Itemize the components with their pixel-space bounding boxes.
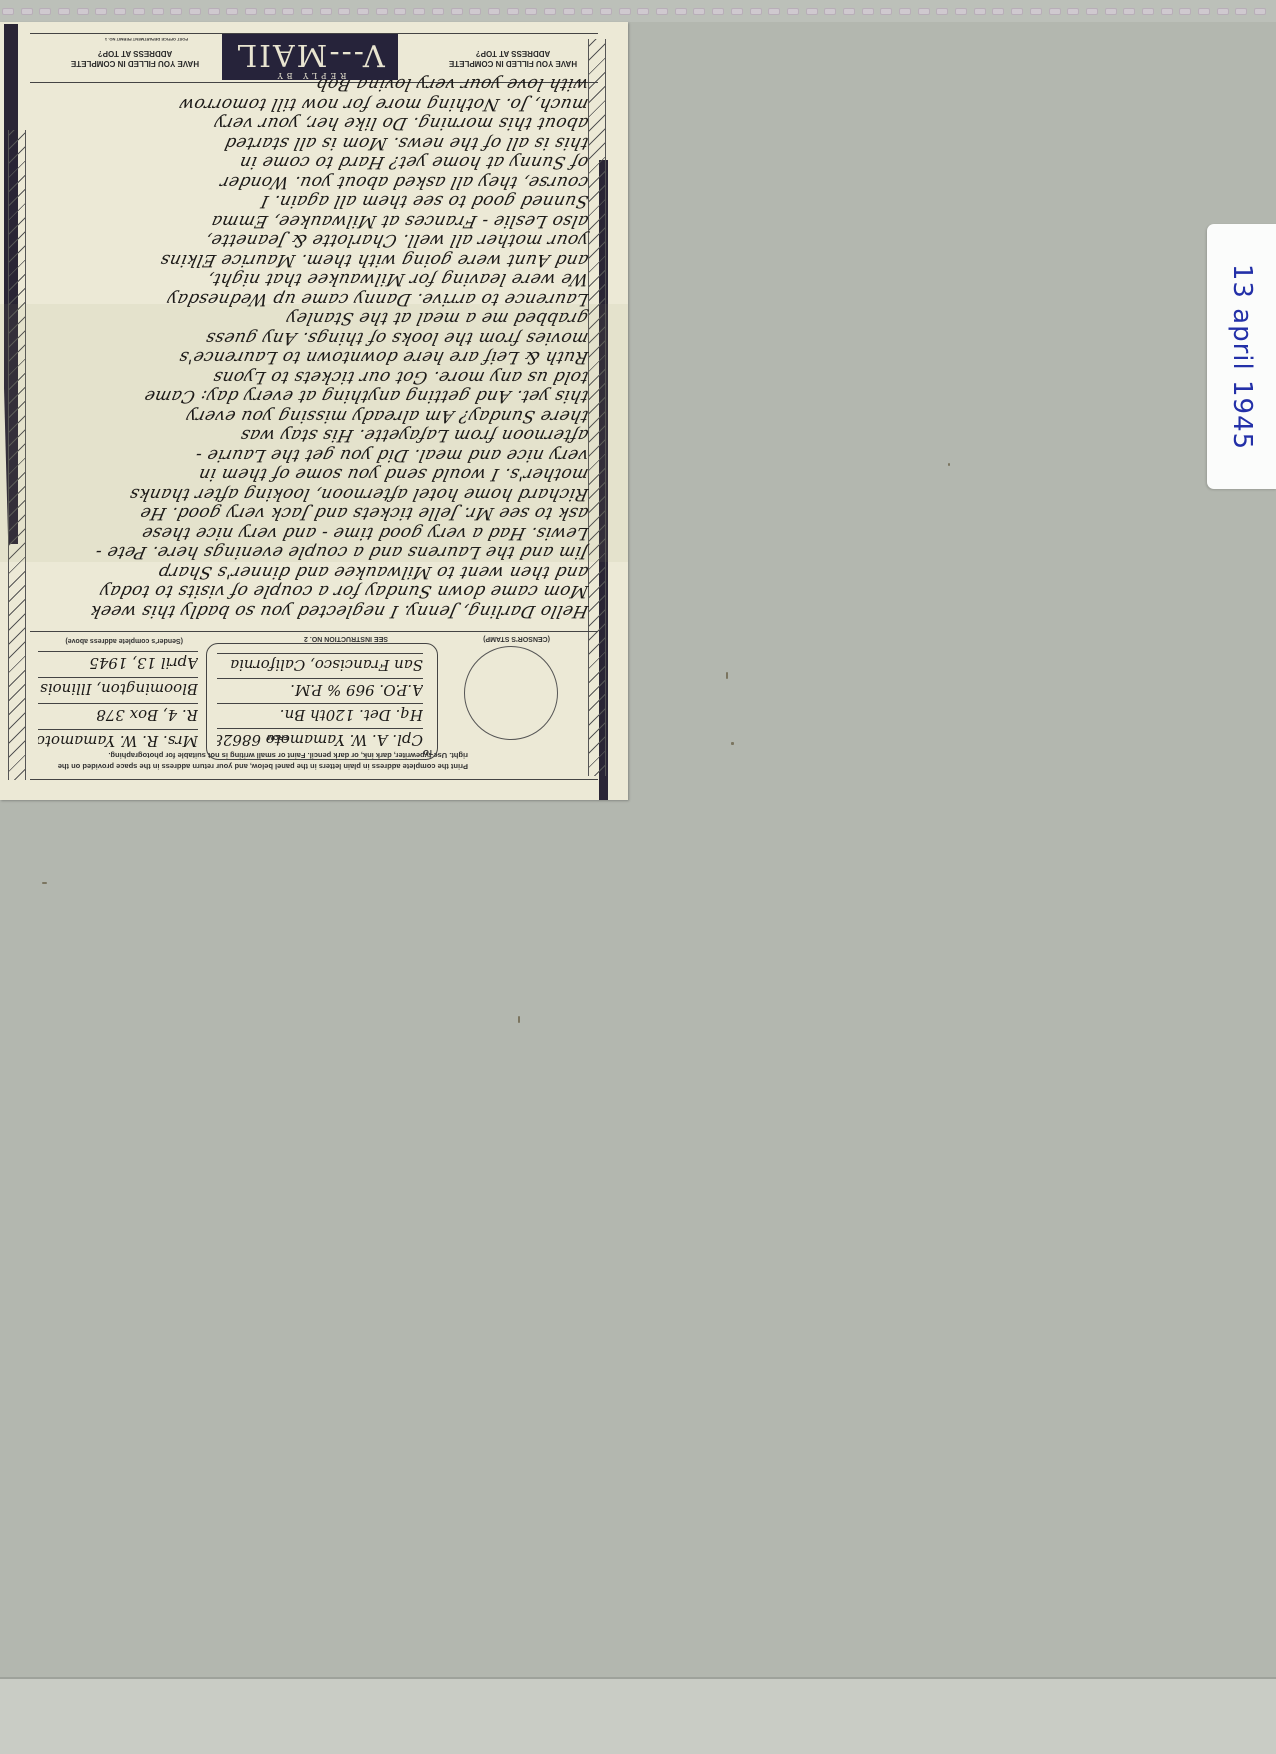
- sprocket-hole: [843, 8, 855, 15]
- vmail-banner: REPLY BY V---MAIL: [222, 34, 398, 80]
- sender-address-label: (Sender's complete address above): [65, 637, 183, 644]
- sprocket-hole: [95, 8, 107, 15]
- sprocket-hole: [1105, 8, 1117, 15]
- sprocket-hole: [918, 8, 930, 15]
- sprocket-hole: [806, 8, 818, 15]
- see-instruction-label: SEE INSTRUCTION NO. 2: [304, 635, 388, 642]
- sprocket-hole: [469, 8, 481, 15]
- sprocket-hole: [338, 8, 350, 15]
- sprocket-hole: [1179, 8, 1191, 15]
- sprocket-hole: [1161, 8, 1173, 15]
- sprocket-hole: [1049, 8, 1061, 15]
- scanner-lower-band: [0, 1677, 1276, 1754]
- sprocket-hole: [1123, 8, 1135, 15]
- sprocket-hole: [282, 8, 294, 15]
- from-address-line: April 13, 1945: [38, 651, 198, 674]
- to-address-panel: TO Cpl. A. W. Yamamoto 6862849 Hq. Det. …: [206, 643, 438, 760]
- sprocket-hole: [544, 8, 556, 15]
- sprocket-hole: [693, 8, 705, 15]
- vmail-letter: Print the complete address in plain lett…: [0, 22, 628, 800]
- sprocket-hole: [488, 8, 500, 15]
- to-label: TO: [423, 748, 433, 755]
- sprocket-hole: [1217, 8, 1229, 15]
- address-notice-left: HAVE YOU FILLED IN COMPLETE ADDRESS AT T…: [438, 48, 588, 68]
- sprocket-hole: [974, 8, 986, 15]
- censor-stamp-circle: [464, 646, 558, 740]
- sprocket-hole: [880, 8, 892, 15]
- sprocket-hole: [170, 8, 182, 15]
- sprocket-hole: [394, 8, 406, 15]
- sprocket-hole: [226, 8, 238, 15]
- sprocket-hole: [899, 8, 911, 15]
- sprocket-hole: [731, 8, 743, 15]
- sprocket-hole: [39, 8, 51, 15]
- sprocket-hole: [1067, 8, 1079, 15]
- sprocket-hole: [656, 8, 668, 15]
- dust-speck: [42, 882, 47, 884]
- sprocket-hole: [451, 8, 463, 15]
- sprocket-hole: [58, 8, 70, 15]
- sprocket-hole: [1254, 8, 1266, 15]
- from-address-line: Bloomington, Illinois: [38, 677, 198, 700]
- to-address-line: Hq. Det. 120th Bn.: [217, 703, 423, 726]
- sprocket-hole: [301, 8, 313, 15]
- sprocket-hole: [862, 8, 874, 15]
- to-address-line: San Francisco, California: [217, 653, 423, 676]
- sprocket-hole: [264, 8, 276, 15]
- dust-speck: [948, 463, 950, 466]
- sprocket-hole: [581, 8, 593, 15]
- dust-speck: [726, 672, 728, 679]
- sprocket-hole: [507, 8, 519, 15]
- sprocket-hole: [675, 8, 687, 15]
- sprocket-hole: [768, 8, 780, 15]
- sprocket-hole: [432, 8, 444, 15]
- to-address-line: Cpl. A. W. Yamamoto 6862849: [217, 728, 423, 751]
- scanner-sprocket-strip: [0, 0, 1276, 22]
- sprocket-hole: [1235, 8, 1247, 15]
- sprocket-hole: [1142, 8, 1154, 15]
- censor-stamp-label: (CENSOR'S STAMP): [483, 635, 550, 642]
- vmail-title: V---MAIL: [222, 38, 398, 70]
- sprocket-hole: [525, 8, 537, 15]
- sticky-note-date: 13 april 1945: [1227, 263, 1257, 449]
- sprocket-hole: [787, 8, 799, 15]
- sprocket-hole: [77, 8, 89, 15]
- sprocket-hole: [189, 8, 201, 15]
- sprocket-hole: [1198, 8, 1210, 15]
- sprocket-hole: [992, 8, 1004, 15]
- sprocket-hole: [152, 8, 164, 15]
- sprocket-hole: [750, 8, 762, 15]
- sprocket-hole: [376, 8, 388, 15]
- from-address-line: Mrs. R. W. Yamamoto: [38, 729, 198, 752]
- sprocket-hole: [619, 8, 631, 15]
- sprocket-hole: [320, 8, 332, 15]
- sprocket-hole: [637, 8, 649, 15]
- from-address-line: R. 4, Box 378: [38, 703, 198, 726]
- sprocket-hole: [824, 8, 836, 15]
- sprocket-hole: [208, 8, 220, 15]
- sprocket-hole: [2, 8, 14, 15]
- dust-speck: [518, 1016, 520, 1023]
- sprocket-hole: [955, 8, 967, 15]
- address-notice-right: HAVE YOU FILLED IN COMPLETE ADDRESS AT T…: [60, 48, 210, 68]
- sticky-note: 13 april 1945: [1207, 224, 1276, 489]
- sprocket-hole: [936, 8, 948, 15]
- sprocket-hole: [1011, 8, 1023, 15]
- sprocket-hole: [245, 8, 257, 15]
- sprocket-hole: [357, 8, 369, 15]
- sprocket-hole: [133, 8, 145, 15]
- sprocket-hole: [712, 8, 724, 15]
- vmail-letter-rotated-content: Print the complete address in plain lett…: [0, 22, 628, 800]
- sprocket-hole: [600, 8, 612, 15]
- sprocket-hole: [413, 8, 425, 15]
- to-address-line: A.P.O. 969 % P.M.: [217, 678, 423, 701]
- sprocket-hole: [114, 8, 126, 15]
- sprocket-hole: [563, 8, 575, 15]
- dust-speck: [731, 742, 734, 745]
- handwritten-line: Hello Darling, Jenny. I neglected you so…: [37, 598, 591, 624]
- sprocket-hole: [1030, 8, 1042, 15]
- sprocket-hole: [21, 8, 33, 15]
- permit-text: POST OFFICE DEPARTMENT PERMIT NO. 1: [105, 37, 188, 42]
- sprocket-hole: [1086, 8, 1098, 15]
